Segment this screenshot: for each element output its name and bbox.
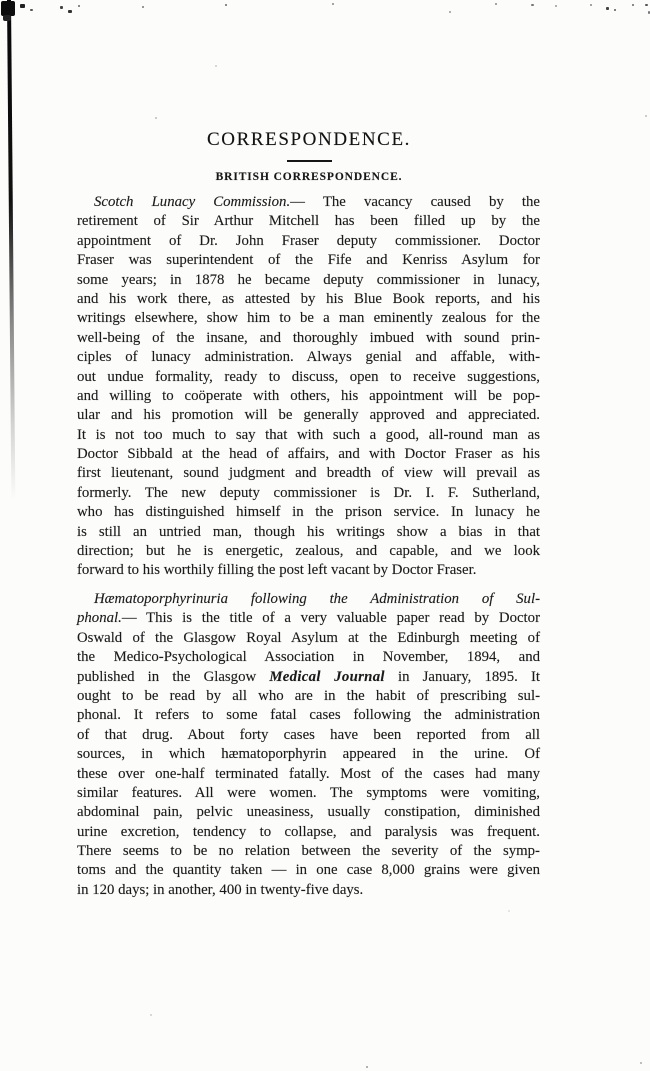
text-line: some years; in 1878 he became deputy com… [77,271,540,290]
text-segment: ular and his promotion will be generally… [77,407,540,423]
text-line: ular and his promotion will be generally… [77,406,540,425]
scan-noise-speck [142,6,144,8]
text-line: sources, in which hæmatoporphyrin appear… [77,745,540,764]
text-segment: the Medico-Psychological Association in … [77,649,540,665]
text-line: well-being of the insane, and thoroughly… [77,329,540,348]
text-segment: first lieutenant, sound judgment and bre… [77,465,540,481]
text-line: There seems to be no relation between th… [77,842,540,861]
text-segment: and his work there, as attested by his B… [77,291,540,307]
text-line: in 120 days; in another, 400 in twenty-f… [77,881,540,900]
scan-noise-speck [590,4,592,6]
scan-artifact-spine-line [7,0,15,500]
text-segment: Hæmatoporphyrinuria following the Admini… [94,591,540,607]
text-segment: formerly. The new deputy commissioner is… [77,485,540,501]
scan-noise-speck [366,1066,368,1068]
text-segment: — This is the title of a very valuable p… [122,610,540,626]
text-line: ought to be read by all who are in the h… [77,687,540,706]
text-line: Hæmatoporphyrinuria following the Admini… [77,590,540,609]
scan-noise-speck [645,115,647,117]
scan-noise-speck [68,10,72,13]
text-line: It is not too much to say that with such… [77,426,540,445]
text-line: urine excretion, tendency to collapse, a… [77,823,540,842]
text-segment: in January, 1895. It [385,669,540,685]
scan-noise-speck [645,4,648,6]
scan-noise-speck [332,3,334,5]
text-segment: these over one-half terminated fatally. … [77,766,540,782]
text-line: these over one-half terminated fatally. … [77,765,540,784]
text-line: who has distinguished himself in the pri… [77,503,540,522]
text-line: retirement of Sir Arthur Mitchell has be… [77,212,540,231]
text-segment: phonal. [77,610,122,626]
section-heading: BRITISH CORRESPONDENCE. [77,171,541,183]
scan-noise-speck [20,4,25,8]
text-segment: Oswald of the Glasgow Royal Asylum at th… [77,630,540,646]
text-segment: in 120 days; in another, 400 in twenty-f… [77,882,363,898]
text-line: formerly. The new deputy commissioner is… [77,484,540,503]
scan-noise-speck [449,11,451,13]
text-segment: Scotch Lunacy Commission. [94,194,290,210]
text-segment: It is not too much to say that with such… [77,427,540,443]
scan-noise-speck [78,5,80,7]
text-line: direction; but he is energetic, zealous,… [77,542,540,561]
text-segment: sources, in which hæmatoporphyrin appear… [77,746,540,762]
text-line: writings elsewhere, show him to be a man… [77,309,540,328]
text-segment: published in the Glasgow [77,669,269,685]
scan-noise-speck [606,7,609,10]
text-line: and his work there, as attested by his B… [77,290,540,309]
text-segment: of that drug. About forty cases have bee… [77,727,540,743]
text-line: appointment of Dr. John Fraser deputy co… [77,232,540,251]
text-line: ciples of lunacy administration. Always … [77,348,540,367]
text-segment: phonal. It refers to some fatal cases fo… [77,707,540,723]
scan-noise-speck [215,65,217,67]
text-line: abdominal pain, pelvic uneasiness, usual… [77,803,540,822]
text-line: phonal. It refers to some fatal cases fo… [77,706,540,725]
text-segment: ought to be read by all who are in the h… [77,688,540,704]
text-segment: abdominal pain, pelvic uneasiness, usual… [77,804,540,820]
scan-noise-speck [225,4,227,6]
scan-noise-speck [640,1062,642,1064]
paragraph-scotch-lunacy-commission: Scotch Lunacy Commission.— The vacancy c… [77,193,540,581]
text-segment: retirement of Sir Arthur Mitchell has be… [77,213,540,229]
text-line: toms and the quantity taken — in one cas… [77,861,540,880]
text-line: first lieutenant, sound judgment and bre… [77,464,540,483]
page-title: CORRESPONDENCE. [77,129,541,151]
text-segment: Medical Journal [269,669,384,685]
text-segment: writings elsewhere, show him to be a man… [77,310,540,326]
text-segment: There seems to be no relation between th… [77,843,540,859]
text-line: phonal.— This is the title of a very val… [77,609,540,628]
text-segment: similar features. All were women. The sy… [77,785,540,801]
text-line: Doctor Sibbald at the head of affairs, a… [77,445,540,464]
scan-artifact-corner-blob [1,1,15,16]
text-line: Fraser was superintendent of the Fife an… [77,251,540,270]
title-divider-rule [287,160,332,162]
paragraph-haematoporphyrinuria: Hæmatoporphyrinuria following the Admini… [77,590,540,900]
text-segment: ciples of lunacy administration. Always … [77,349,540,365]
scan-noise-speck [508,910,510,912]
text-segment: direction; but he is energetic, zealous,… [77,543,540,559]
scan-noise-speck [531,4,534,6]
text-line: forward to his worthily filling the post… [77,561,540,580]
text-segment: urine excretion, tendency to collapse, a… [77,824,540,840]
text-line: the Medico-Psychological Association in … [77,648,540,667]
text-line: is still an untried man, though his writ… [77,523,540,542]
scan-noise-speck [150,1014,152,1016]
text-line: Scotch Lunacy Commission.— The vacancy c… [77,193,540,212]
text-segment: — The vacancy caused by the [290,194,540,210]
text-line: of that drug. About forty cases have bee… [77,726,540,745]
text-segment: who has distinguished himself in the pri… [77,504,540,520]
text-line: and willing to coöperate with others, hi… [77,387,540,406]
text-segment: and willing to coöperate with others, hi… [77,388,540,404]
text-line: Oswald of the Glasgow Royal Asylum at th… [77,629,540,648]
text-segment: appointment of Dr. John Fraser deputy co… [77,233,540,249]
scan-noise-speck [555,5,557,7]
scanned-journal-page: CORRESPONDENCE. BRITISH CORRESPONDENCE. … [0,0,650,1071]
text-segment: out undue formality, ready to discuss, o… [77,369,540,385]
text-line: similar features. All were women. The sy… [77,784,540,803]
text-segment: well-being of the insane, and thoroughly… [77,330,540,346]
text-segment: forward to his worthily filling the post… [77,562,476,578]
text-segment: is still an untried man, though his writ… [77,524,540,540]
text-segment: Doctor Sibbald at the head of affairs, a… [77,446,540,462]
text-segment: toms and the quantity taken — in one cas… [77,862,540,878]
scan-noise-speck [614,9,616,11]
text-segment: Fraser was superintendent of the Fife an… [77,252,540,268]
scan-noise-speck [60,6,63,9]
scan-noise-speck [30,9,33,11]
scan-noise-speck [155,117,157,119]
text-line: published in the Glasgow Medical Journal… [77,668,540,687]
scan-noise-speck [495,3,497,5]
text-segment: some years; in 1878 he became deputy com… [77,272,540,288]
scan-noise-speck [632,4,634,6]
text-line: out undue formality, ready to discuss, o… [77,368,540,387]
